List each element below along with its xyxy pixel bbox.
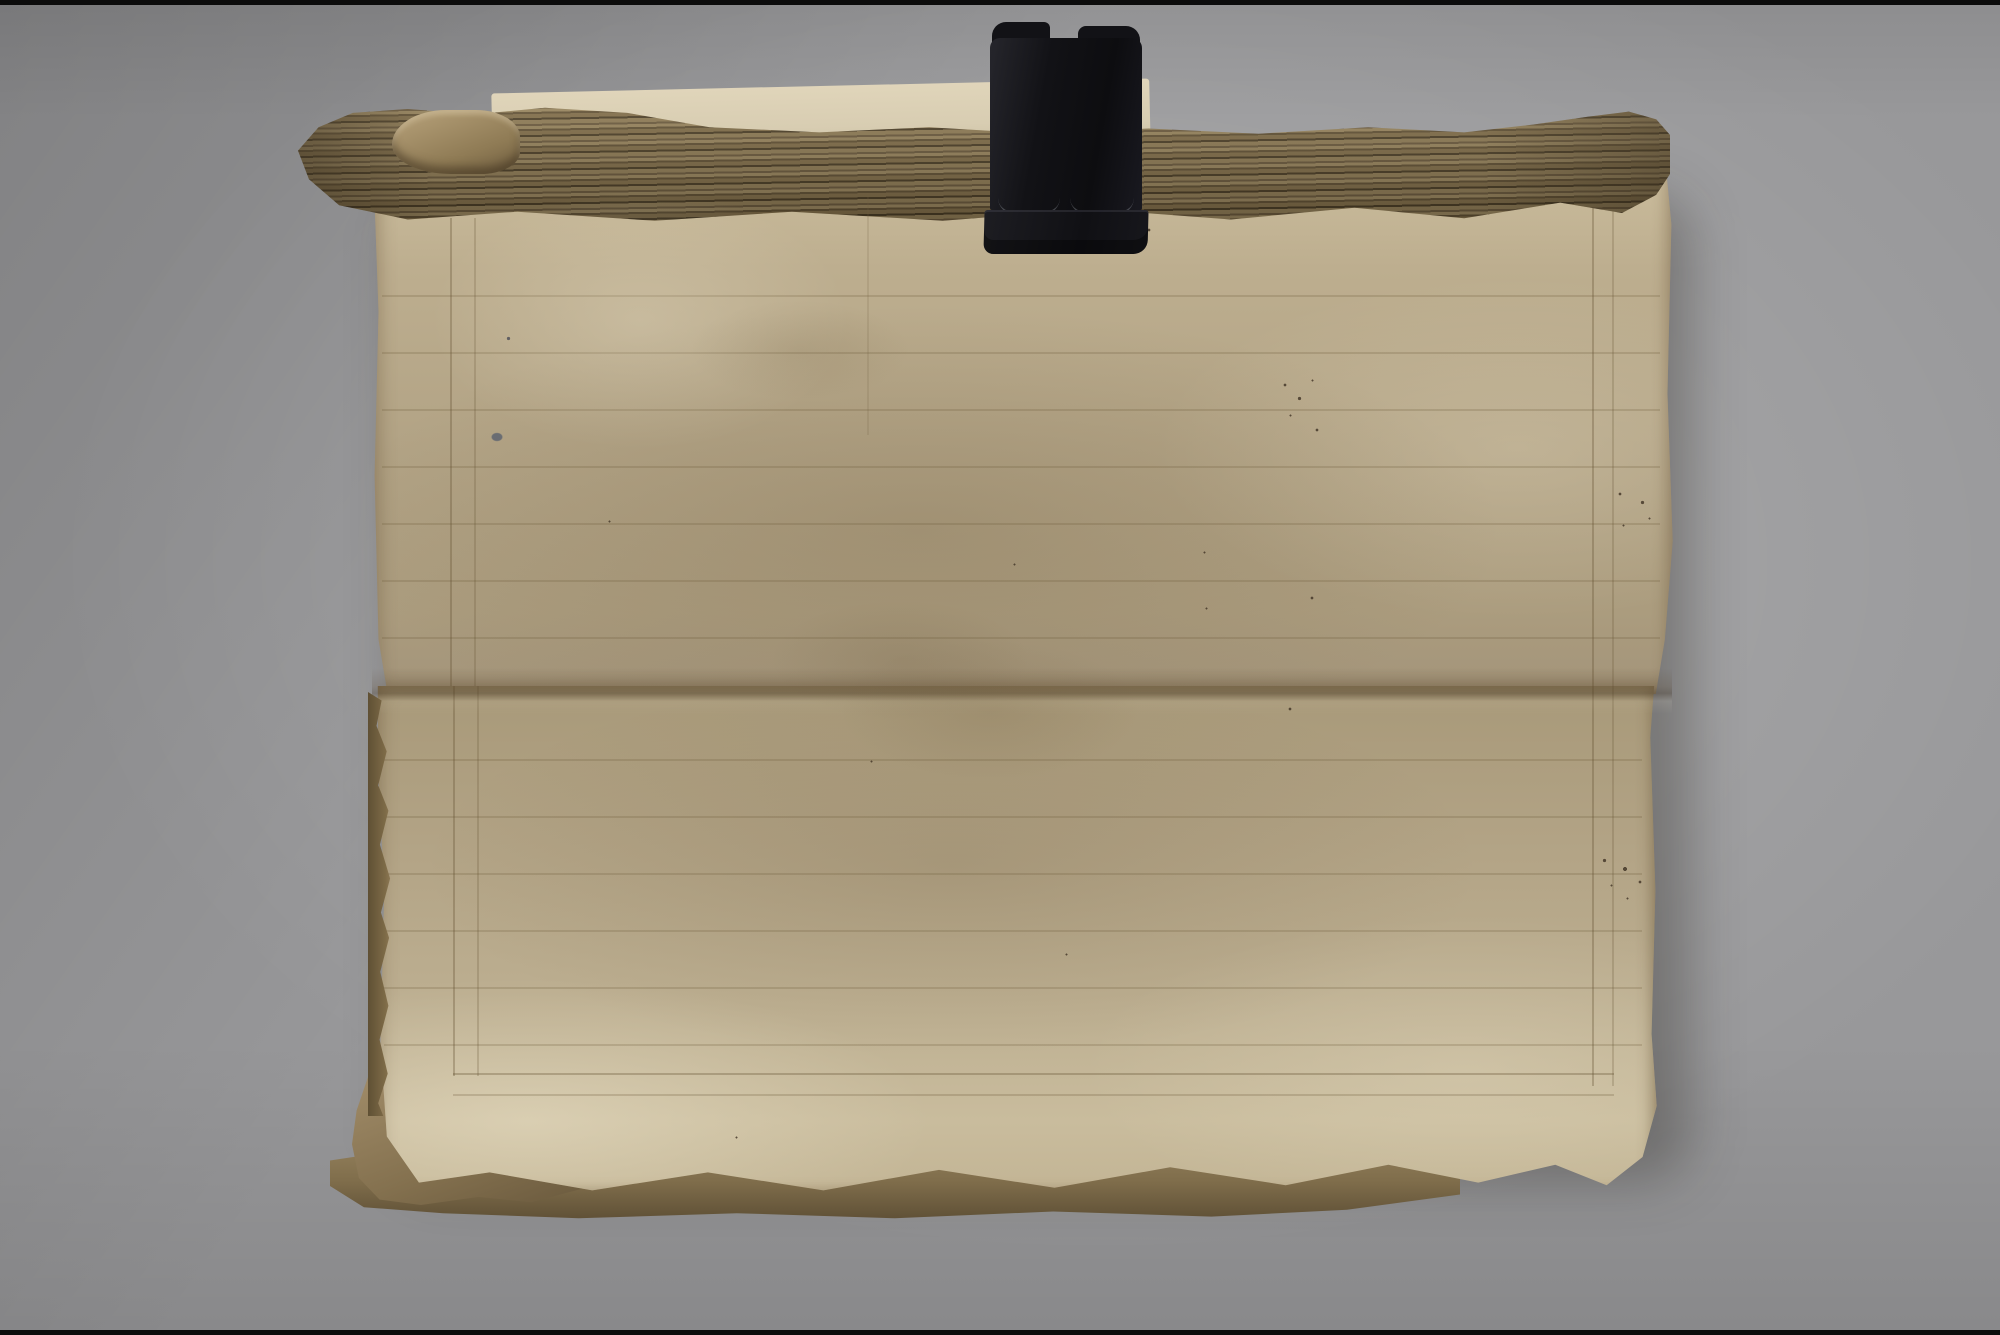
letterbox-bar-top [0,0,2000,5]
battery-body [990,38,1142,210]
photo-scene [0,0,2000,1335]
camera-battery-weight [990,22,1142,234]
battery-base-plate [983,210,1148,254]
letterbox-bar-bottom [0,1330,2000,1335]
